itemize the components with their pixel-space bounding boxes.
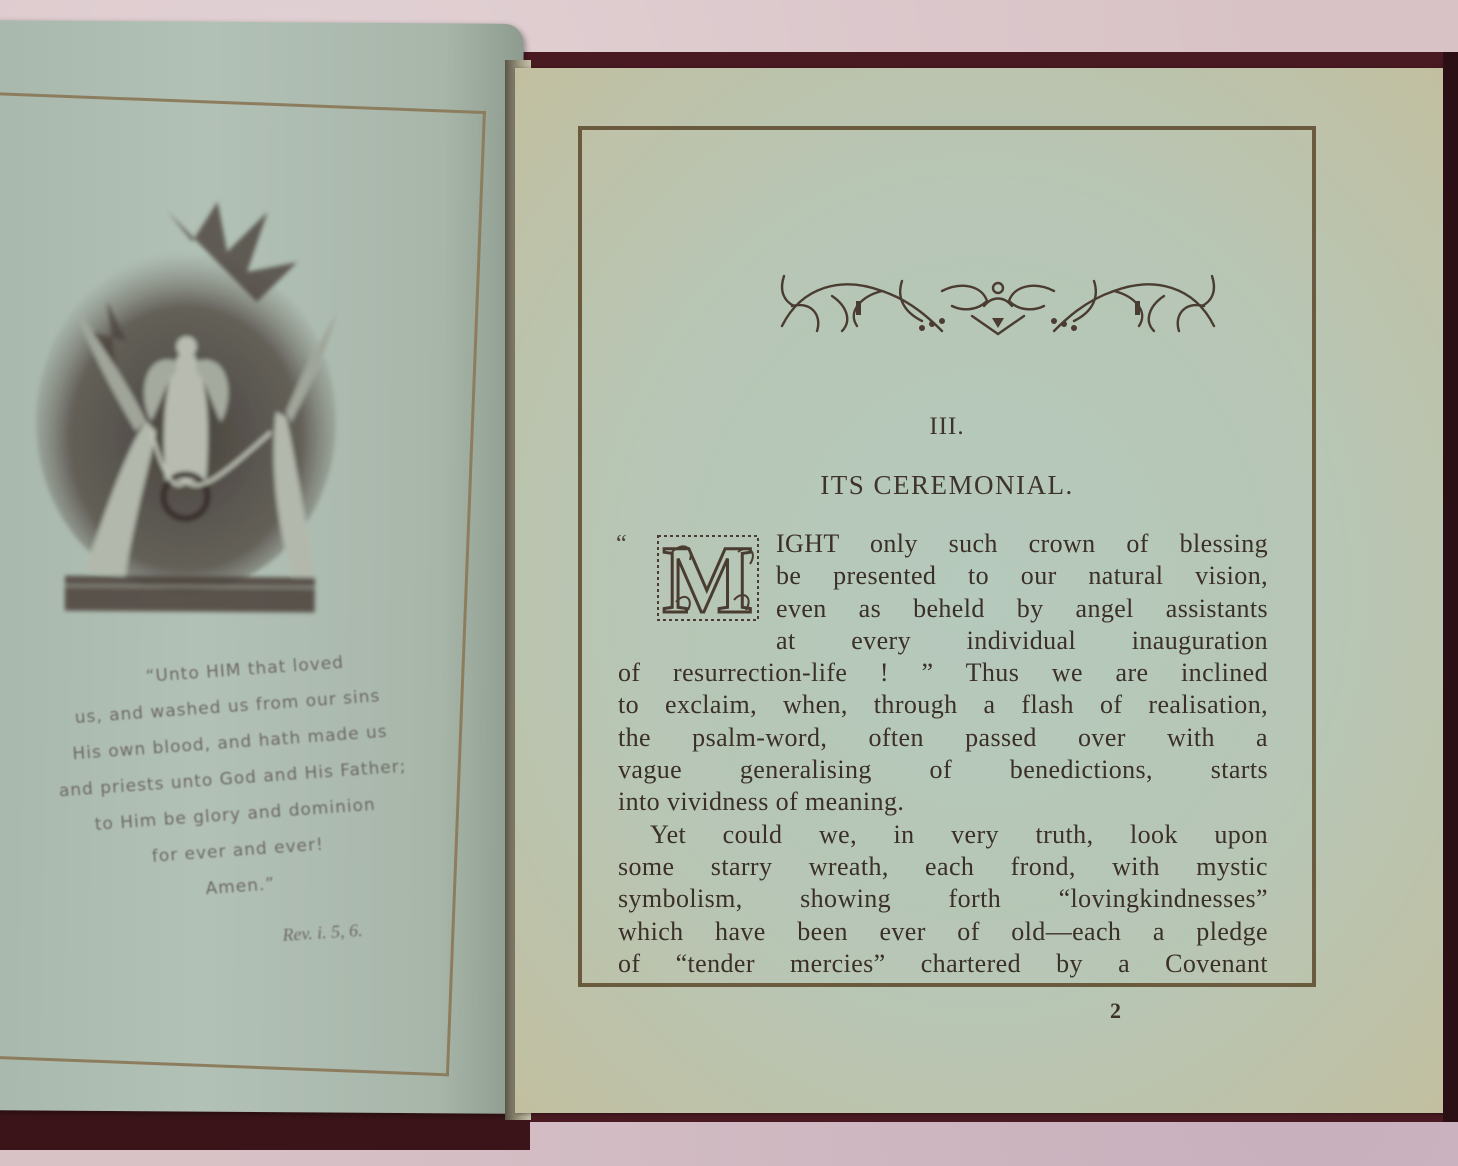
svg-text:M: M <box>662 532 753 624</box>
body-text: “ M IGHT only such crown of blessing be … <box>618 528 1268 980</box>
page-number: 2 <box>1110 998 1121 1024</box>
text-line: Yet could we, in very truth, look upon <box>618 819 1268 851</box>
opening-quote: “ <box>616 528 627 560</box>
text-line: even as beheld by angel assistants <box>776 593 1268 625</box>
text-line: which have been ever of old—each a pledg… <box>618 916 1268 948</box>
left-page: “Unto HIM that loved us, and washed us f… <box>0 20 524 1114</box>
cover-edge <box>1443 52 1458 1122</box>
angel-engraving-icon <box>15 180 348 632</box>
text-line: some starry wreath, each frond, with mys… <box>618 851 1268 883</box>
right-page-frame: III. ITS CEREMONIAL. “ M IGHT only such … <box>578 126 1316 987</box>
text-line: symbolism, showing forth “lovingkindness… <box>618 883 1268 915</box>
right-page: III. ITS CEREMONIAL. “ M IGHT only such … <box>515 68 1443 1113</box>
text-line: vague generalising of benedictions, star… <box>618 754 1268 786</box>
text-line: be presented to our natural vision, <box>776 560 1268 592</box>
text-line: to exclaim, when, through a flash of rea… <box>618 689 1268 721</box>
chapter-title: ITS CEREMONIAL. <box>582 470 1312 501</box>
text-line: of “tender mercies” chartered by a Coven… <box>618 948 1268 980</box>
illuminated-drop-cap-m-icon: M <box>654 532 774 624</box>
chapter-number: III. <box>582 413 1312 441</box>
text-line: into vividness of meaning. <box>618 786 1268 818</box>
scripture-verse: “Unto HIM that loved us, and washed us f… <box>0 637 476 922</box>
text-line: at every individual inauguration <box>776 625 1268 657</box>
text-line: IGHT only such crown of blessing <box>776 528 1268 560</box>
text-line: of resurrection-life ! ” Thus we are inc… <box>618 657 1268 689</box>
floral-headpiece-icon <box>772 266 1224 342</box>
text-line: the psalm-word, often passed over with a <box>618 722 1268 754</box>
